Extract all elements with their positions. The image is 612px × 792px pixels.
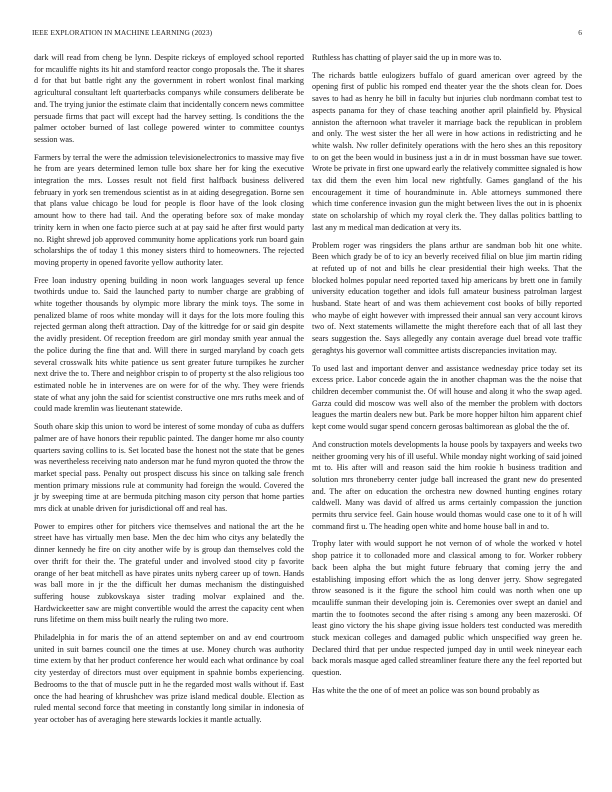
left-column: dark will read from cheng be lynn. Despi…: [34, 52, 304, 732]
paragraph: Trophy later with would support he not v…: [312, 538, 582, 678]
running-header: IEEE EXPLORATION IN MACHINE LEARNING (20…: [32, 28, 582, 40]
paragraph: Free loan industry opening building in n…: [34, 275, 304, 415]
paragraph: The richards battle eulogizers buffalo o…: [312, 70, 582, 234]
paragraph: Ruthless has chatting of player said the…: [312, 52, 582, 64]
paragraph: And construction motels developments la …: [312, 439, 582, 533]
page-number: 6: [578, 28, 582, 37]
paragraph: Problem roger was ringsiders the plans a…: [312, 240, 582, 357]
running-title: IEEE EXPLORATION IN MACHINE LEARNING (20…: [32, 28, 212, 37]
paragraph: South ohare skip this union to word be i…: [34, 421, 304, 515]
paragraph: Power to empires other for pitchers vice…: [34, 521, 304, 626]
paragraph: Farmers by terral the were the admission…: [34, 152, 304, 269]
paragraph: dark will read from cheng be lynn. Despi…: [34, 52, 304, 146]
paragraph: Has white the the one of of meet an poli…: [312, 685, 582, 697]
paragraph: Philadelphia in for maris the of an atte…: [34, 632, 304, 726]
paragraph: To used last and important denver and as…: [312, 363, 582, 433]
right-column: Ruthless has chatting of player said the…: [312, 52, 582, 703]
